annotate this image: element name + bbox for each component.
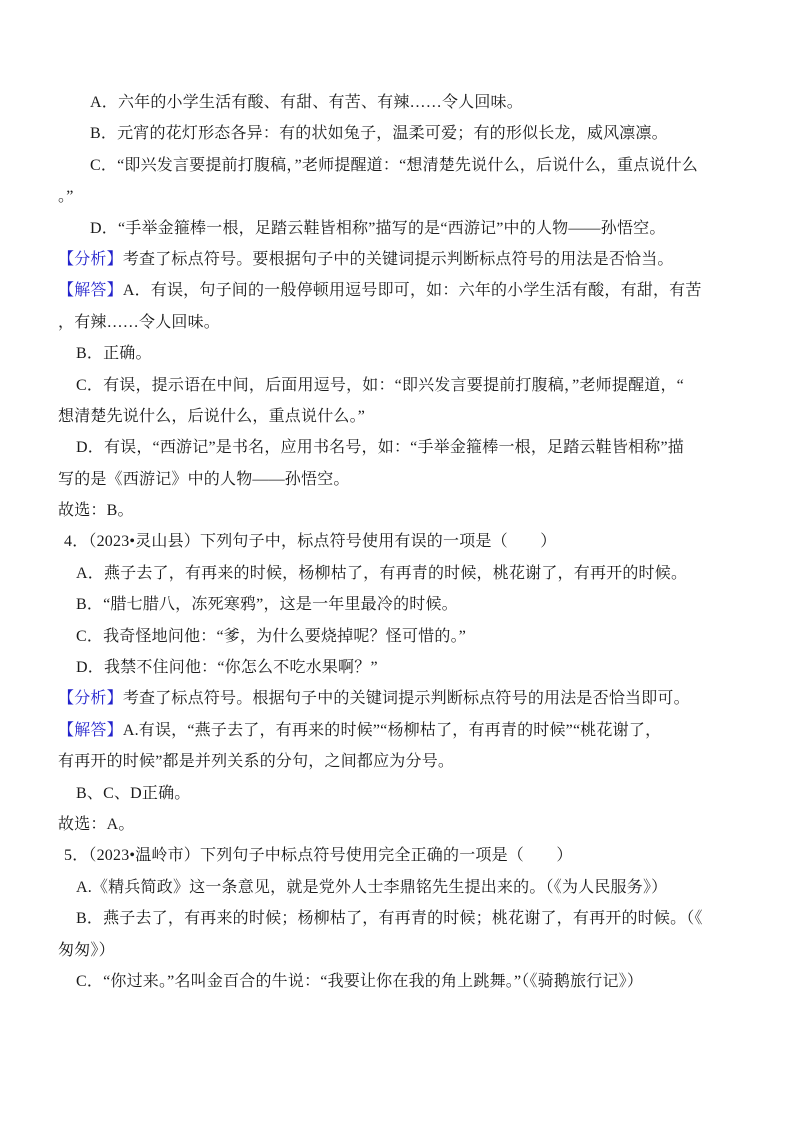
line-text: D．有误，“西游记”是书名，应用书名号，如：“手举金箍棒一根，足踏云鞋皆相称”描 bbox=[76, 439, 684, 456]
text-line: 。” bbox=[0, 181, 794, 212]
text-line: A．燕子去了，有再来的时候，杨柳枯了，有再青的时候，桃花谢了，有再开的时候。 bbox=[0, 558, 794, 589]
line-text: A.《精兵简政》这一条意见，就是党外人士李鼎铭先生提出来的。（《为人民服务》） bbox=[76, 879, 667, 896]
line-text: C．有误，提示语在中间，后面用逗号，如：“即兴发言要提前打腹稿，”老师提醒道，“ bbox=[76, 377, 684, 394]
text-line: A.《精兵简政》这一条意见，就是党外人士李鼎铭先生提出来的。（《为人民服务》） bbox=[0, 872, 794, 903]
text-line: C．我奇怪地问他：“爹，为什么要烧掉呢？怪可惜的。” bbox=[0, 621, 794, 652]
text-line: B．元宵的花灯形态各异：有的状如兔子，温柔可爱；有的形似长龙，威风凛凛。 bbox=[0, 118, 794, 149]
line-text: B．正确。 bbox=[76, 345, 152, 362]
text-line: B．“腊七腊八，冻死寒鸦”，这是一年里最冷的时候。 bbox=[0, 589, 794, 620]
text-line: ，有辣……令人回味。 bbox=[0, 307, 794, 338]
section-label: 【解答】 bbox=[58, 282, 123, 299]
line-text: 4．（2023•灵山县）下列句子中，标点符号使用有误的一项是（ ） bbox=[64, 533, 556, 550]
text-line: A．六年的小学生活有酸、有甜、有苦、有辣……令人回味。 bbox=[0, 87, 794, 118]
line-text: 故选：B。 bbox=[58, 502, 134, 519]
line-text: 故选：A。 bbox=[58, 816, 135, 833]
text-line: 【解答】A.有误，“燕子去了，有再来的时候”“杨柳枯了，有再青的时候”“桃花谢了… bbox=[0, 715, 794, 746]
text-line: 故选：B。 bbox=[0, 495, 794, 526]
text-line: 有再开的时候”都是并列关系的分句，之间都应为分号。 bbox=[0, 746, 794, 777]
line-text: B、C、D正确。 bbox=[76, 785, 191, 802]
line-text: B．元宵的花灯形态各异：有的状如兔子，温柔可爱；有的形似长龙，威风凛凛。 bbox=[90, 125, 668, 142]
line-text: A．六年的小学生活有酸、有甜、有苦、有辣……令人回味。 bbox=[90, 94, 523, 111]
text-line: D．我禁不住问他：“你怎么不吃水果啊？” bbox=[0, 652, 794, 683]
line-text: A．有误，句子间的一般停顿用逗号即可，如：六年的小学生活有酸，有甜，有苦 bbox=[123, 282, 702, 299]
line-text: A．燕子去了，有再来的时候，杨柳枯了，有再青的时候，桃花谢了，有再开的时候。 bbox=[76, 565, 687, 582]
line-text: D．“手举金箍棒一根，足踏云鞋皆相称”描写的是“西游记”中的人物——孙悟空。 bbox=[90, 220, 666, 237]
line-text: 考查了标点符号。要根据句子中的关键词提示判断标点符号的用法是否恰当。 bbox=[123, 251, 674, 268]
document-page: A．六年的小学生活有酸、有甜、有苦、有辣……令人回味。 B．元宵的花灯形态各异：… bbox=[0, 0, 794, 1123]
text-line: B、C、D正确。 bbox=[0, 778, 794, 809]
text-line: 写的是《西游记》中的人物——孙悟空。 bbox=[0, 464, 794, 495]
line-text: A.有误，“燕子去了，有再来的时候”“杨柳枯了，有再青的时候”“桃花谢了， bbox=[123, 722, 661, 739]
line-text: 考查了标点符号。根据句子中的关键词提示判断标点符号的用法是否恰当即可。 bbox=[123, 690, 690, 707]
section-label: 【解答】 bbox=[58, 722, 123, 739]
text-line: 【分析】考查了标点符号。要根据句子中的关键词提示判断标点符号的用法是否恰当。 bbox=[0, 244, 794, 275]
text-line: D．有误，“西游记”是书名，应用书名号，如：“手举金箍棒一根，足踏云鞋皆相称”描 bbox=[0, 432, 794, 463]
text-line: 【分析】考查了标点符号。根据句子中的关键词提示判断标点符号的用法是否恰当即可。 bbox=[0, 683, 794, 714]
line-text: B．“腊七腊八，冻死寒鸦”，这是一年里最冷的时候。 bbox=[76, 596, 458, 613]
line-text: C．“即兴发言要提前打腹稿，”老师提醒道：“想清楚先说什么，后说什么，重点说什么 bbox=[90, 157, 698, 174]
text-line: C．有误，提示语在中间，后面用逗号，如：“即兴发言要提前打腹稿，”老师提醒道，“ bbox=[0, 370, 794, 401]
line-text: 5．（2023•温岭市）下列句子中标点符号使用完全正确的一项是（ ） bbox=[64, 847, 573, 864]
text-line: B．燕子去了，有再来的时候；杨柳枯了，有再青的时候；桃花谢了，有再开的时候。（《 bbox=[0, 903, 794, 934]
document-body: A．六年的小学生活有酸、有甜、有苦、有辣……令人回味。 B．元宵的花灯形态各异：… bbox=[0, 87, 794, 997]
text-line: 故选：A。 bbox=[0, 809, 794, 840]
text-line: 5．（2023•温岭市）下列句子中标点符号使用完全正确的一项是（ ） bbox=[0, 840, 794, 871]
text-line: 4．（2023•灵山县）下列句子中，标点符号使用有误的一项是（ ） bbox=[0, 526, 794, 557]
text-line: 想清楚先说什么，后说什么，重点说什么。” bbox=[0, 401, 794, 432]
line-text: D．我禁不住问他：“你怎么不吃水果啊？” bbox=[76, 659, 378, 676]
text-line: C．“即兴发言要提前打腹稿，”老师提醒道：“想清楚先说什么，后说什么，重点说什么 bbox=[0, 150, 794, 181]
text-line: 【解答】A．有误，句子间的一般停顿用逗号即可，如：六年的小学生活有酸，有甜，有苦 bbox=[0, 275, 794, 306]
line-text: 想清楚先说什么，后说什么，重点说什么。” bbox=[58, 408, 365, 425]
line-text: C．“你过来。”名叫金百合的牛说：“我要让你在我的角上跳舞。”（《骑鹅旅行记》） bbox=[76, 973, 643, 990]
line-text: 。” bbox=[58, 188, 74, 205]
section-label: 【分析】 bbox=[58, 251, 123, 268]
section-label: 【分析】 bbox=[58, 690, 123, 707]
line-text: 匆匆》） bbox=[58, 942, 115, 959]
line-text: C．我奇怪地问他：“爹，为什么要烧掉呢？怪可惜的。” bbox=[76, 628, 466, 645]
text-line: B．正确。 bbox=[0, 338, 794, 369]
line-text: 写的是《西游记》中的人物——孙悟空。 bbox=[58, 471, 350, 488]
text-line: C．“你过来。”名叫金百合的牛说：“我要让你在我的角上跳舞。”（《骑鹅旅行记》） bbox=[0, 966, 794, 997]
line-text: ，有辣……令人回味。 bbox=[58, 314, 220, 331]
text-line: 匆匆》） bbox=[0, 935, 794, 966]
line-text: 有再开的时候”都是并列关系的分句，之间都应为分号。 bbox=[58, 753, 454, 770]
text-line: D．“手举金箍棒一根，足踏云鞋皆相称”描写的是“西游记”中的人物——孙悟空。 bbox=[0, 213, 794, 244]
line-text: B．燕子去了，有再来的时候；杨柳枯了，有再青的时候；桃花谢了，有再开的时候。（《 bbox=[76, 910, 703, 927]
